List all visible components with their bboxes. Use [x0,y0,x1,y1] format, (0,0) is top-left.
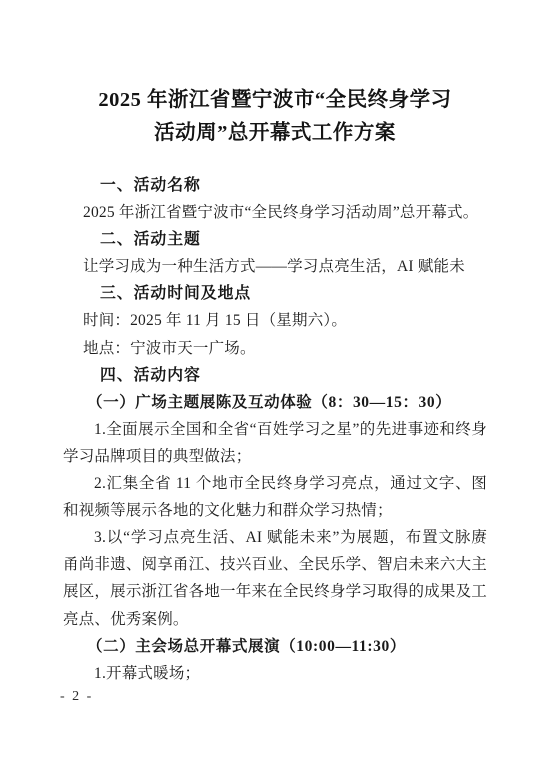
document-line: 三、活动时间及地点 [63,280,487,307]
document-line: 学习品牌项目的典型做法； [63,443,487,470]
document-line: 2.汇集全省 11 个地市全民终身学习亮点，通过文字、图片 [63,470,487,497]
document-line: 四、活动内容 [63,362,487,389]
document-line: （二）主会场总开幕式展演（10:00—11:30） [63,633,487,660]
document-line: 二、活动主题 [63,226,487,253]
title-line-2: 活动周”总开幕式工作方案 [63,117,487,150]
title-line-1: 2025 年浙江省暨宁波市“全民终身学习 [63,84,487,117]
document-title: 2025 年浙江省暨宁波市“全民终身学习 活动周”总开幕式工作方案 [63,84,487,150]
document-line: 时间：2025 年 11 月 15 日（星期六）。 [63,307,487,334]
document-line: 让学习成为一种生活方式——学习点亮生活，AI 赋能未来。 [63,253,487,280]
document-line: （一）广场主题展陈及互动体验（8：30—15：30） [63,389,487,416]
document-line: 1.全面展示全国和全省“百姓学习之星”的先进事迹和终身 [63,416,487,443]
document-line: 1.开幕式暖场； [63,660,487,687]
document-line: 2025 年浙江省暨宁波市“全民终身学习活动周”总开幕式。 [63,199,487,226]
document-line: 一、活动名称 [63,172,487,199]
document-page: 2025 年浙江省暨宁波市“全民终身学习 活动周”总开幕式工作方案 一、活动名称… [0,0,550,778]
page-number: - 2 - [60,688,93,706]
document-line: 展区，展示浙江省各地一年来在全民终身学习取得的成果及工作 [63,578,487,605]
document-line: 3.以“学习点亮生活、AI 赋能未来”为展题，布置文脉赓续、 [63,524,487,551]
document-line: 亮点、优秀案例。 [63,606,487,633]
document-line: 甬尚非遗、阅享甬江、技兴百业、全民乐学、智启未来六大主题 [63,551,487,578]
document-body: 一、活动名称2025 年浙江省暨宁波市“全民终身学习活动周”总开幕式。二、活动主… [63,172,487,687]
document-line: 和视频等展示各地的文化魅力和群众学习热情； [63,497,487,524]
document-line: 地点：宁波市天一广场。 [63,335,487,362]
